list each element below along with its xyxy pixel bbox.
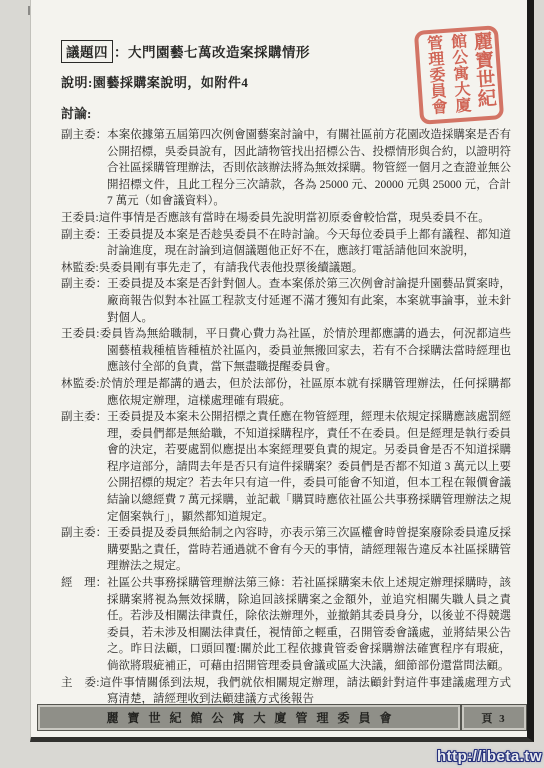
scanned-minutes-page: 議題四：大門園藝七萬改造案採購情形 說明:園藝採購案說明，如附件4 討論: 副主… bbox=[0, 0, 544, 768]
speech-text: 王委員提及本案是否趁吳委員不在時討論。今天每位委員手上都有議程、都知道討論進度，… bbox=[107, 229, 511, 258]
ibeta-watermark: http://ibeta.tw bbox=[437, 748, 542, 765]
speech-text: 這件事情關係到法規，我們就依相關規定辦理，請法顧針對這件事建議處理方式寫清楚，請… bbox=[99, 677, 511, 706]
discussion-entry: 王委員:委員皆為無給職制，平日費心費力為社區，於情於理都應講的過去，何況都這些園… bbox=[61, 326, 511, 376]
committee-seal-text: 麗寶世紀館公寓大廈管理委員會 bbox=[420, 31, 498, 120]
footer-committee-name: 麗寶世紀館公寓大廈管理委員會 bbox=[38, 705, 460, 730]
speech-text: 本案依據第五屆第四次例會園藝案討論中，有關社區前方花園改造採購案是否有公開招標，… bbox=[107, 129, 511, 207]
speaker-label: 林監委: bbox=[61, 378, 99, 390]
topic-number-box: 議題四 bbox=[61, 40, 113, 63]
speaker-label: 副主委： bbox=[61, 411, 107, 423]
page-footer-bar: 麗寶世紀館公寓大廈管理委員會 頁 3 bbox=[37, 704, 527, 731]
speech-text: 這件事情是否應該有當時在場委員先說明當初原委會較恰當，現吳委員不在。 bbox=[99, 212, 490, 224]
speaker-label: 林監委: bbox=[61, 262, 99, 274]
speech-text: 王委員提及本案是否針對個人。查本案係於第三次例會討論提升園藝品質案時，廠商報告似… bbox=[107, 278, 511, 323]
speech-text: 社區公共事務採購管理辦法第三條：若社區採購案未依上述規定辦理採購時，該採購案將視… bbox=[107, 577, 511, 672]
discussion-entry: 林監委:吳委員剛有事先走了，有請我代表他投票後續議題。 bbox=[61, 260, 511, 277]
document-paper: 議題四：大門園藝七萬改造案採購情形 說明:園藝採購案說明，如附件4 討論: 副主… bbox=[30, 0, 534, 742]
speech-text: 於情於理是都講的過去，但於法部份，社區原本就有採購管理辦法，任何採購都應依規定辦… bbox=[99, 378, 511, 407]
speaker-label: 副主委： bbox=[61, 229, 107, 241]
discussion-entry: 主 委:這件事情關係到法規，我們就依相關規定辦理，請法顧針對這件事建議處理方式寫… bbox=[61, 675, 511, 708]
discussion-entry: 王委員:這件事情是否應該有當時在場委員先說明當初原委會較恰當，現吳委員不在。 bbox=[61, 210, 511, 227]
discussion-list: 副主委：本案依據第五屆第四次例會園藝案討論中，有關社區前方花園改造採購案是否有公… bbox=[61, 127, 511, 708]
speaker-label: 副主委： bbox=[61, 527, 107, 539]
discussion-entry: 林監委:於情於理是都講的過去，但於法部份，社區原本就有採購管理辦法，任何採購都應… bbox=[61, 376, 511, 409]
speaker-label: 王委員: bbox=[61, 328, 99, 340]
discussion-entry: 副主委：王委員提及本案是否趁吳委員不在時討論。今天每位委員手上都有議程、都知道討… bbox=[61, 227, 511, 260]
speech-text: 委員皆為無給職制，平日費心費力為社區，於情於理都應講的過去，何況都這些園藝植栽種… bbox=[99, 328, 511, 373]
discussion-entry: 副主委：本案依據第五屆第四次例會園藝案討論中，有關社區前方花園改造採購案是否有公… bbox=[61, 127, 511, 210]
speech-text: 王委員提及委員無給制之內容時，亦表示第三次區權會時曾提案廢除委員違反採購要點之責… bbox=[107, 527, 511, 572]
committee-seal-stamp: 麗寶世紀館公寓大廈管理委員會 bbox=[414, 25, 504, 125]
speaker-label: 副主委： bbox=[61, 278, 107, 290]
speaker-label: 王委員: bbox=[61, 212, 99, 224]
speech-text: 王委員提及本案未公開招標之責任應在物管經理，經理未依規定採購應該處罰經理，委員們… bbox=[107, 411, 511, 523]
discussion-entry: 經 理：社區公共事務採購管理辦法第三條：若社區採購案未依上述規定辦理採購時，該採… bbox=[61, 575, 511, 675]
discussion-entry: 副主委：王委員提及委員無給制之內容時，亦表示第三次區權會時曾提案廢除委員違反採購… bbox=[61, 525, 511, 575]
topic-title-text: ：大門園藝七萬改造案採購情形 bbox=[114, 45, 310, 60]
discussion-entry: 副主委：王委員提及本案是否針對個人。查本案係於第三次例會討論提升園藝品質案時，廠… bbox=[61, 276, 511, 326]
speaker-label: 副主委： bbox=[61, 129, 107, 141]
speech-text: 吳委員剛有事先走了，有請我代表他投票後續議題。 bbox=[99, 262, 364, 274]
speaker-label: 經 理： bbox=[61, 577, 107, 589]
speaker-label: 主 委: bbox=[61, 677, 99, 689]
footer-page-number: 頁 3 bbox=[462, 705, 526, 730]
discussion-entry: 副主委：王委員提及本案未公開招標之責任應在物管經理，經理未依規定採購應該處罰經理… bbox=[61, 409, 511, 525]
